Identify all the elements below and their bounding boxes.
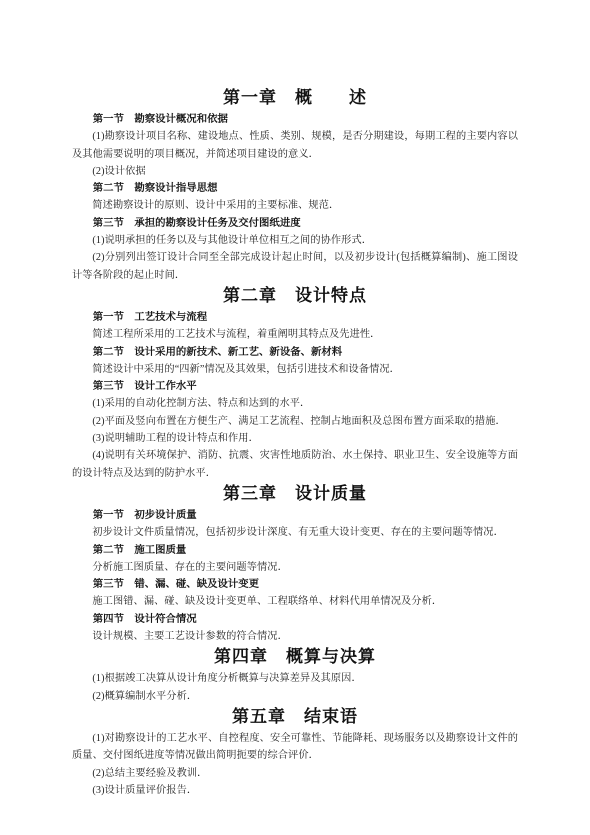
chapter-title: 第五章 结束语	[72, 706, 518, 727]
paragraph-text: (3)设计质量评价报告．	[72, 782, 518, 799]
paragraph-text: 简述工程所采用的工艺技术与流程，着重阐明其特点及先进性．	[72, 326, 518, 343]
paragraph-text: (4)说明有关环境保护、消防、抗震、灾害性地质防治、水土保持、职业卫生、安全设施…	[72, 447, 518, 482]
section-heading: 第三节 设计工作水平	[72, 378, 518, 395]
paragraph-text: (2)平面及竖向布置在方便生产、满足工艺流程、控制占地面积及总图布置方面采取的措…	[72, 413, 518, 430]
paragraph-text: 分析施工图质量、存在的主要问题等情况．	[72, 559, 518, 576]
paragraph-text: (1)勘察设计项目名称、建设地点、性质、类别、规模，是否分期建设，每期工程的主要…	[72, 128, 518, 163]
section-heading: 第二节 设计采用的新技术、新工艺、新设备、新材料	[72, 344, 518, 361]
paragraph-text: (1)采用的自动化控制方法、特点和达到的水平．	[72, 395, 518, 412]
paragraph-text: 初步设计文件质量情况，包括初步设计深度、有无重大设计变更、存在的主要问题等情况．	[72, 524, 518, 541]
section-heading: 第三节 错、漏、碰、缺及设计变更	[72, 576, 518, 593]
paragraph-text: (1)说明承担的任务以及与其他设计单位相互之间的协作形式．	[72, 232, 518, 249]
section-heading: 第二节 勘察设计指导思想	[72, 180, 518, 197]
paragraph-text: 设计规模、主要工艺设计参数的符合情况．	[72, 628, 518, 645]
paragraph-text: (1)根据竣工决算从设计角度分析概算与决算差异及其原因．	[72, 670, 518, 687]
paragraph-text: 简述设计中采用的“四新”情况及其效果，包括引进技术和设备情况．	[72, 361, 518, 378]
paragraph-text: (2)概算编制水平分析．	[72, 688, 518, 705]
paragraph-text: (3)说明辅助工程的设计特点和作用．	[72, 430, 518, 447]
section-heading: 第一节 工艺技术与流程	[72, 309, 518, 326]
chapter-title: 第三章 设计质量	[72, 483, 518, 504]
chapter-title: 第二章 设计特点	[72, 285, 518, 306]
section-heading: 第一节 初步设计质量	[72, 507, 518, 524]
chapter-title: 第四章 概算与决算	[72, 646, 518, 667]
paragraph-text: 简述勘察设计的原则、设计中采用的主要标准、规范．	[72, 197, 518, 214]
document-page: 第一章 概 述第一节 勘察设计概况和依据(1)勘察设计项目名称、建设地点、性质、…	[0, 0, 590, 835]
section-heading: 第一节 勘察设计概况和依据	[72, 111, 518, 128]
section-heading: 第四节 设计符合情况	[72, 611, 518, 628]
paragraph-text: 施工图错、漏、碰、缺及设计变更单、工程联络单、材料代用单情况及分析．	[72, 593, 518, 610]
section-heading: 第三节 承担的勘察设计任务及交付图纸进度	[72, 215, 518, 232]
paragraph-text: (2)设计依据	[72, 163, 518, 180]
paragraph-text: (2)分别列出签订设计合同至全部完成设计起止时间，以及初步设计(包括概算编制)、…	[72, 249, 518, 284]
chapter-title: 第一章 概 述	[72, 87, 518, 108]
document-content: 第一章 概 述第一节 勘察设计概况和依据(1)勘察设计项目名称、建设地点、性质、…	[72, 87, 518, 799]
paragraph-text: (2)总结主要经验及教训．	[72, 765, 518, 782]
section-heading: 第二节 施工图质量	[72, 542, 518, 559]
paragraph-text: (1)对勘察设计的工艺水平、自控程度、安全可靠性、节能降耗、现场服务以及勘察设计…	[72, 730, 518, 765]
